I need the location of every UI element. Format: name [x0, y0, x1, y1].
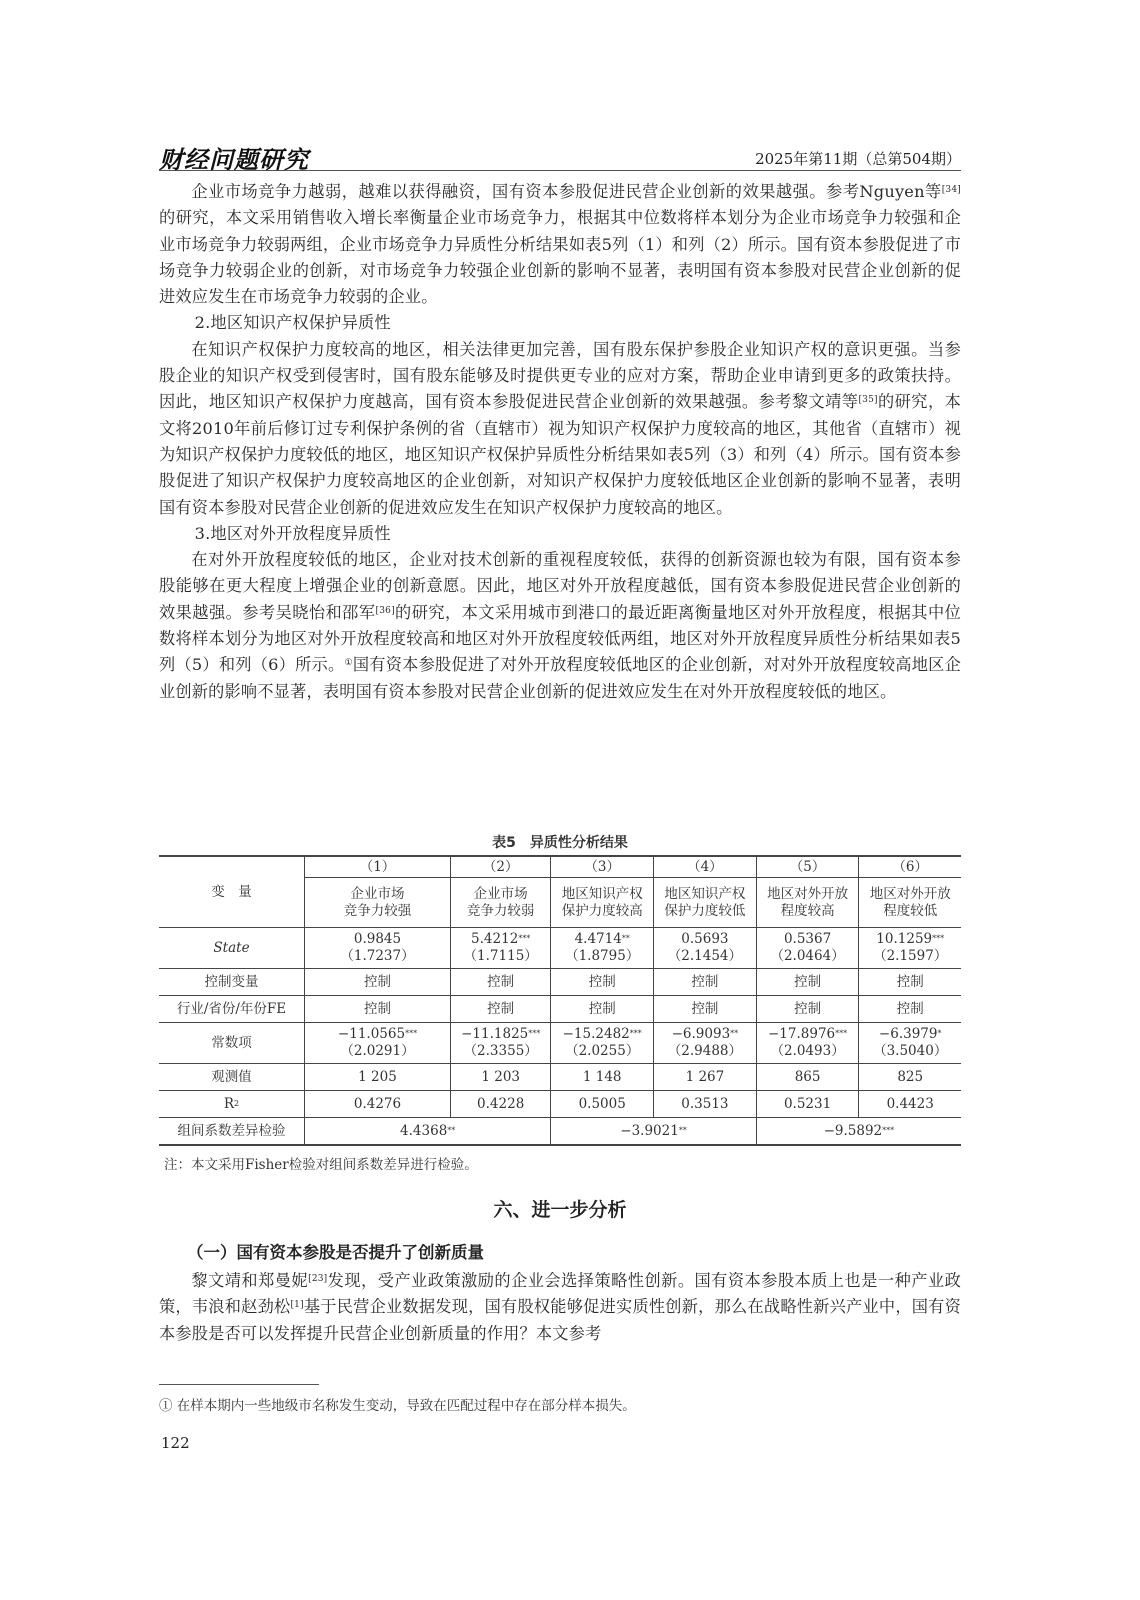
table-cell: −6.3979*（3.5040） — [859, 1023, 961, 1064]
table-cell: −17.8976***（2.0493） — [756, 1023, 859, 1064]
row-label: 行业/省份/年份FE — [159, 996, 305, 1023]
col-number: （2） — [451, 856, 551, 878]
table-header-numbers: 变 量 （1） （2） （3） （4） （5） （6） — [159, 856, 961, 878]
table-cell: 控制 — [756, 969, 859, 996]
table-cell: 控制 — [305, 969, 451, 996]
table-cell: 0.3513 — [654, 1091, 757, 1118]
table-row-observations: 观测值 1 205 1 203 1 148 1 267 865 825 — [159, 1064, 961, 1091]
table-cell: −3.9021** — [551, 1118, 756, 1146]
col-group: 地区对外开放程度较高 — [756, 878, 859, 928]
table-cell: 1 148 — [551, 1064, 654, 1091]
table-cell: −15.2482***（2.0255） — [551, 1023, 654, 1064]
row-label: 组间系数差异检验 — [159, 1118, 305, 1146]
body-text-top: 企业市场竞争力越弱，越难以获得融资，国有资本参股促进民营企业创新的效果越强。参考… — [159, 179, 961, 705]
issue-info: 2025年第11期（总第504期） — [755, 148, 961, 169]
table-cell: 0.4228 — [451, 1091, 551, 1118]
col-group: 地区知识产权保护力度较高 — [551, 878, 654, 928]
table-cell: 865 — [756, 1064, 859, 1091]
table-cell: 0.9845（1.7237） — [305, 928, 451, 969]
var-header: 变 量 — [159, 856, 305, 928]
col-number: （1） — [305, 856, 451, 878]
table-cell: 0.4423 — [859, 1091, 961, 1118]
col-group: 地区对外开放程度较低 — [859, 878, 961, 928]
footnote: ① 在样本期内一些地级市名称发生变动，导致在匹配过程中存在部分样本损失。 — [159, 1394, 636, 1414]
body-text-bottom: 黎文靖和郑曼妮[23]发现，受产业政策激励的企业会选择策略性创新。国有资本参股本… — [159, 1268, 961, 1347]
table-cell: 控制 — [859, 996, 961, 1023]
table-title: 表5 异质性分析结果 — [159, 832, 961, 852]
citation-ref[interactable]: [34] — [942, 185, 961, 195]
table-row-fe: 行业/省份/年份FE 控制 控制 控制 控制 控制 控制 — [159, 996, 961, 1023]
row-label: R2 — [159, 1091, 305, 1118]
table-cell: 控制 — [859, 969, 961, 996]
citation-ref[interactable]: [23] — [308, 1274, 327, 1284]
row-label: 常数项 — [159, 1023, 305, 1064]
table-cell: 0.5367（2.0464） — [756, 928, 859, 969]
row-label: State — [159, 928, 305, 969]
table-cell: −9.5892*** — [756, 1118, 961, 1146]
col-number: （5） — [756, 856, 859, 878]
table-note: 注：本文采用Fisher检验对组间系数差异进行检验。 — [164, 1153, 478, 1173]
heterogeneity-results-table: 变 量 （1） （2） （3） （4） （5） （6） 企业市场竞争力较强 企业… — [159, 855, 961, 1146]
table-cell: 4.4714**（1.8795） — [551, 928, 654, 969]
table-row-constant: 常数项 −11.0565***（2.0291） −11.1825***（2.33… — [159, 1023, 961, 1064]
table-cell: −11.1825***（2.3355） — [451, 1023, 551, 1064]
paragraph-innovation-quality: 黎文靖和郑曼妮[23]发现，受产业政策激励的企业会选择策略性创新。国有资本参股本… — [159, 1268, 961, 1347]
table-cell: −6.9093**（2.9488） — [654, 1023, 757, 1064]
footnote-divider — [159, 1384, 319, 1385]
citation-ref[interactable]: [35] — [858, 395, 877, 405]
table-cell: 0.5005 — [551, 1091, 654, 1118]
row-label: 控制变量 — [159, 969, 305, 996]
table-cell: 控制 — [451, 969, 551, 996]
table-row-diff-test: 组间系数差异检验 4.4368** −3.9021** −9.5892*** — [159, 1118, 961, 1146]
col-group: 企业市场竞争力较弱 — [451, 878, 551, 928]
col-group: 地区知识产权保护力度较低 — [654, 878, 757, 928]
table-cell: 10.1259***（2.1597） — [859, 928, 961, 969]
table-cell: 控制 — [756, 996, 859, 1023]
table-cell: 5.4212***（1.7115） — [451, 928, 551, 969]
table-cell: 1 203 — [451, 1064, 551, 1091]
table-cell: 825 — [859, 1064, 961, 1091]
subsection-title: （一）国有资本参股是否提升了创新质量 — [187, 1239, 484, 1263]
col-group: 企业市场竞争力较强 — [305, 878, 451, 928]
table-row-controls: 控制变量 控制 控制 控制 控制 控制 控制 — [159, 969, 961, 996]
table-cell: 控制 — [654, 969, 757, 996]
col-number: （4） — [654, 856, 757, 878]
table-cell: 0.4276 — [305, 1091, 451, 1118]
footnote-mark[interactable]: ① — [344, 658, 352, 668]
section-title: 六、进一步分析 — [159, 1195, 961, 1222]
citation-ref[interactable]: [36] — [376, 606, 395, 616]
subheading-ip-protection: 2.地区知识产权保护异质性 — [159, 310, 961, 336]
paragraph-market-competitiveness: 企业市场竞争力越弱，越难以获得融资，国有资本参股促进民营企业创新的效果越强。参考… — [159, 179, 961, 310]
page-number: 122 — [161, 1434, 190, 1452]
paragraph-ip-protection: 在知识产权保护力度较高的地区，相关法律更加完善，国有股东保护参股企业知识产权的意… — [159, 337, 961, 521]
table-cell: 4.4368** — [305, 1118, 551, 1146]
table-row-state: State 0.9845（1.7237） 5.4212***（1.7115） 4… — [159, 928, 961, 969]
running-header: 财经问题研究 2025年第11期（总第504期） — [159, 140, 961, 171]
subheading-openness: 3.地区对外开放程度异质性 — [159, 521, 961, 547]
table-cell: 1 267 — [654, 1064, 757, 1091]
table-cell: 1 205 — [305, 1064, 451, 1091]
table-cell: 0.5231 — [756, 1091, 859, 1118]
col-number: （6） — [859, 856, 961, 878]
table-cell: 控制 — [305, 996, 451, 1023]
citation-ref[interactable]: [1] — [290, 1300, 303, 1310]
row-label: 观测值 — [159, 1064, 305, 1091]
journal-logo: 财经问题研究 — [159, 140, 309, 175]
table-cell: 控制 — [451, 996, 551, 1023]
table-cell: 0.5693（2.1454） — [654, 928, 757, 969]
paragraph-openness: 在对外开放程度较低的地区，企业对技术创新的重视程度较低，获得的创新资源也较为有限… — [159, 547, 961, 705]
col-number: （3） — [551, 856, 654, 878]
table-cell: 控制 — [654, 996, 757, 1023]
table-cell: −11.0565***（2.0291） — [305, 1023, 451, 1064]
table-cell: 控制 — [551, 969, 654, 996]
table-row-r2: R2 0.4276 0.4228 0.5005 0.3513 0.5231 0.… — [159, 1091, 961, 1118]
table-cell: 控制 — [551, 996, 654, 1023]
